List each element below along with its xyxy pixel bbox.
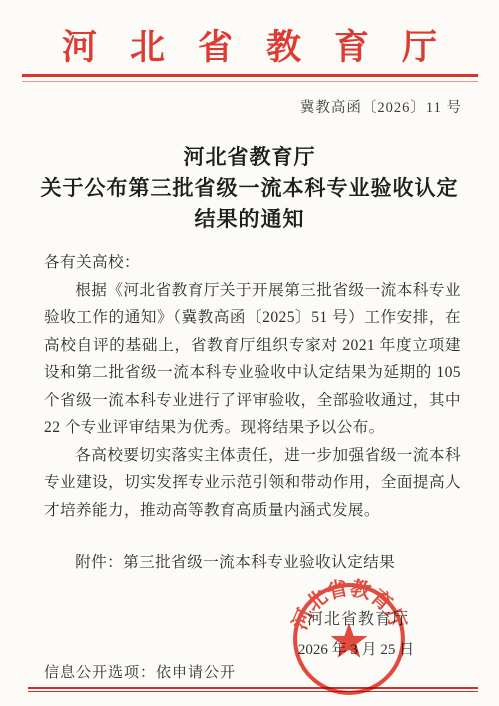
document-page: 河北省教育厅 冀教高函〔2026〕11 号 河北省教育厅 关于公布第三批省级一流… — [0, 0, 499, 706]
attachment-line: 附件：第三批省级一流本科专业验收认定结果 — [44, 549, 461, 577]
doc-number: 冀教高函〔2026〕11 号 — [300, 96, 462, 117]
disclosure-note: 信息公开选项：依申请公开 — [44, 661, 236, 682]
notice-body: 各有关高校： 根据《河北省教育厅关于开展第三批省级一流本科专业验收工作的通知》（… — [44, 249, 461, 577]
signature-date: 2026 年 3 月 25 日 — [282, 638, 430, 659]
letterhead-title: 河北省教育厅 — [0, 20, 499, 70]
notice-title: 河北省教育厅 关于公布第三批省级一流本科专业验收认定 结果的通知 — [0, 142, 499, 235]
letterhead-rule-thick — [22, 74, 478, 77]
notice-title-line2: 关于公布第三批省级一流本科专业验收认定 — [0, 173, 499, 204]
notice-title-line3: 结果的通知 — [0, 204, 499, 235]
body-paragraph-2: 各高校要切实落实主体责任，进一步加强省级一流本科专业建设，切实发挥专业示范引领和… — [44, 442, 461, 525]
letterhead-rule-thin — [22, 81, 478, 82]
signature-org: 河北省教育厅 — [288, 606, 428, 629]
body-paragraph-1: 根据《河北省教育厅关于开展第三批省级一流本科专业验收工作的通知》（冀教高函〔20… — [44, 277, 461, 442]
footer-rule — [28, 687, 478, 692]
notice-title-line1: 河北省教育厅 — [0, 142, 499, 173]
salutation: 各有关高校： — [44, 249, 461, 277]
